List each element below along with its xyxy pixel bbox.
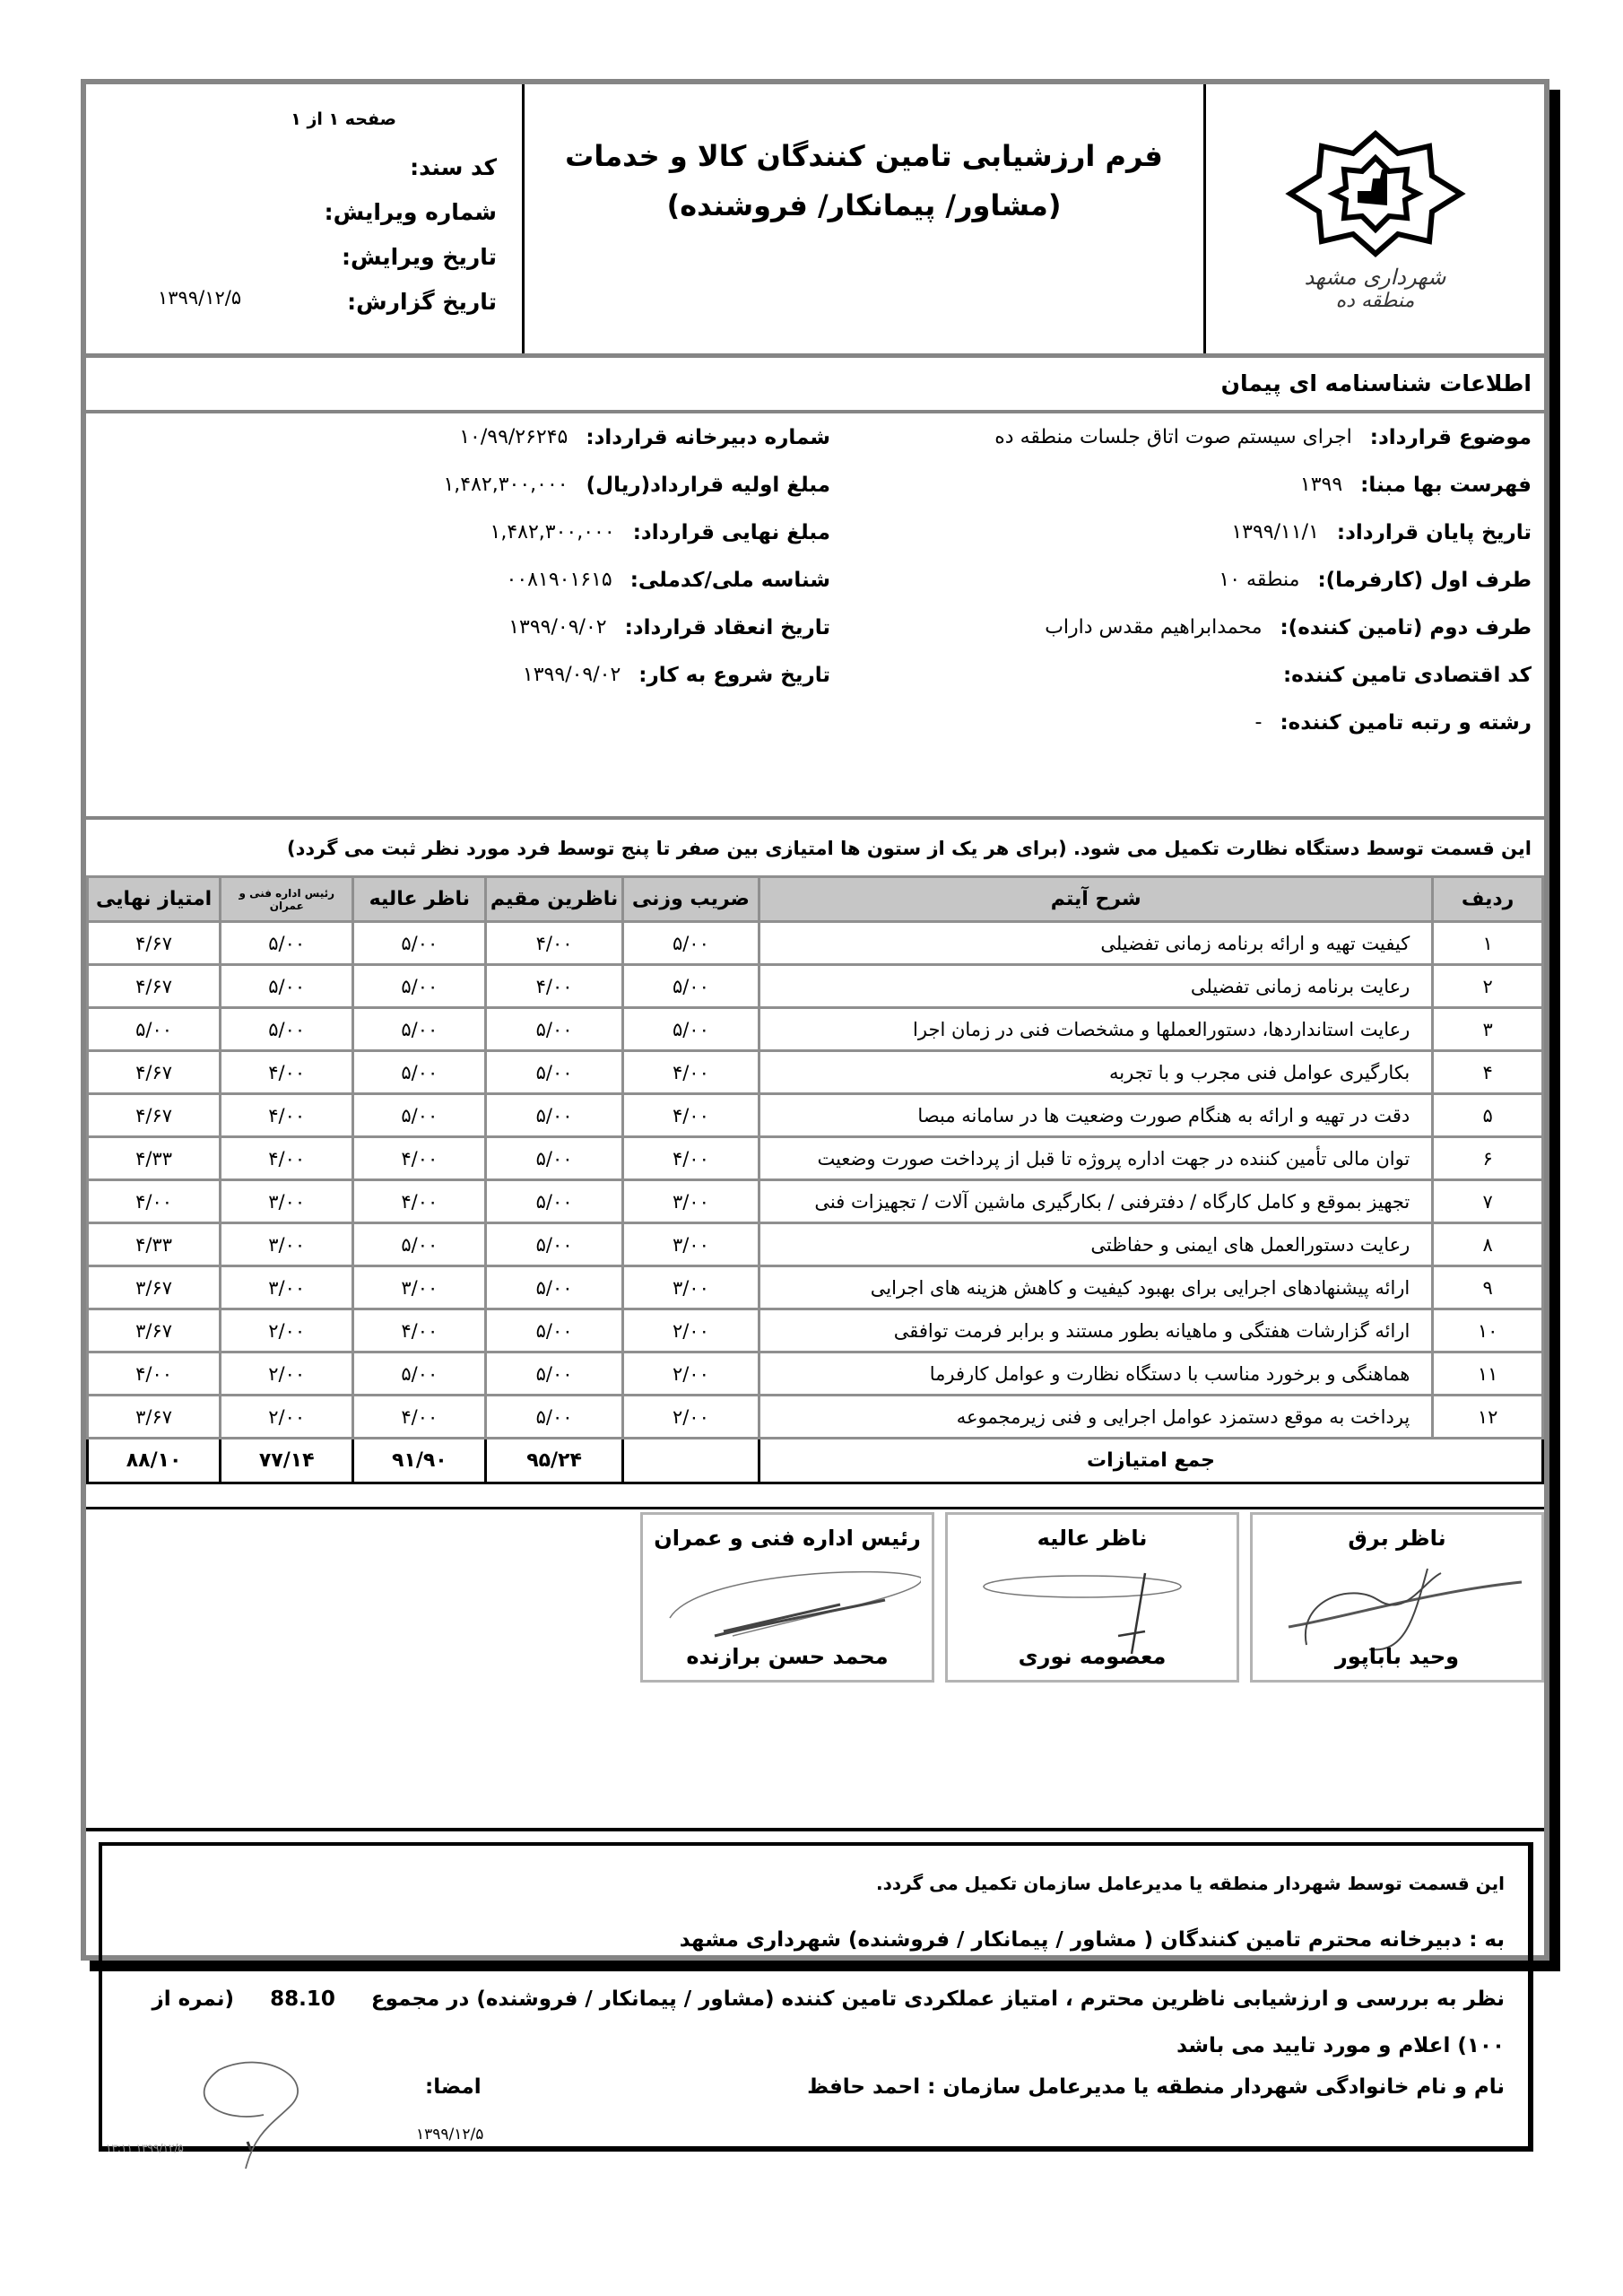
table-header-row: ردیف شرح آیتم ضریب وزنی ناظرین مقیم ناظر… (88, 877, 1543, 922)
timestamp: ۱۳۹۹/۱۲/۵ ۱۳:۱۱ (106, 2142, 184, 2154)
contract-info: موضوع قرارداد:اجرای سیستم صوت اتاق جلسات… (86, 413, 1544, 820)
total-label: جمع امتیازات (759, 1439, 1543, 1483)
senior-supervisor-score: ۵/۰۰ (353, 1223, 486, 1266)
table-row: ۴ بکارگیری عوامل فنی مجرب و با تجربه ۴/۰… (88, 1051, 1543, 1094)
technical-head-score: ۴/۰۰ (221, 1051, 353, 1094)
final-score: ۴/۶۷ (88, 922, 221, 965)
signer-name: محمد حسن برازنده (643, 1644, 932, 1669)
resident-supervisor-score: ۵/۰۰ (486, 1396, 622, 1439)
row-number: ۵ (1433, 1094, 1543, 1137)
item-description: ارائه پیشنهادهای اجرایی برای بهبود کیفیت… (759, 1266, 1433, 1309)
resident-supervisor-score: ۵/۰۰ (486, 1008, 622, 1051)
signature-date: ۱۳۹۹/۱۲/۵ (416, 2126, 483, 2144)
manager-approval-box: این قسمت توسط شهردار منطقه یا مدیرعامل س… (99, 1842, 1533, 2152)
technical-head-score: ۳/۰۰ (221, 1180, 353, 1223)
weight-cell: ۵/۰۰ (622, 1008, 759, 1051)
doc-code-label: کد سند: (410, 154, 497, 180)
total-weight (622, 1439, 759, 1483)
technical-head-score: ۴/۰۰ (221, 1137, 353, 1180)
item-description: بکارگیری عوامل فنی مجرب و با تجربه (759, 1051, 1433, 1094)
technical-head-score: ۴/۰۰ (221, 1094, 353, 1137)
table-row: ۱۲ پرداخت به موقع دستمزد عوامل اجرایی و … (88, 1396, 1543, 1439)
technical-head-score: ۲/۰۰ (221, 1352, 353, 1396)
contract-signing-date: تاریخ انعقاد قرارداد:۱۳۹۹/۰۹/۰۲ (194, 604, 830, 651)
item-description: دقت در تهیه و ارائه به هنگام صورت وضعیت … (759, 1094, 1433, 1137)
total-final: ۸۸/۱۰ (88, 1439, 221, 1483)
resident-supervisor-score: ۵/۰۰ (486, 1051, 622, 1094)
final-score: ۴/۶۷ (88, 965, 221, 1008)
field-label: مبلغ اولیه قرارداد(ریال) (586, 474, 830, 497)
resident-supervisor-score: ۵/۰۰ (486, 1266, 622, 1309)
signature-box-technical-head: رئیس اداره فنی و عمران محمد حسن برازنده (640, 1512, 934, 1683)
table-row: ۲ رعایت برنامه زمانی تفضیلی ۵/۰۰ ۴/۰۰ ۵/… (88, 965, 1543, 1008)
col-header-technical-head: رئیس اداره فنی و عمران (221, 877, 353, 922)
field-value: ۱,۴۸۲,۳۰۰,۰۰۰ (443, 474, 568, 496)
form-title-block: فرم ارزشیابی تامین کنندگان کالا و خدمات … (522, 84, 1203, 353)
signer-name: وحید باباپور (1253, 1644, 1541, 1669)
senior-supervisor-score: ۴/۰۰ (353, 1137, 486, 1180)
senior-supervisor-score: ۵/۰۰ (353, 922, 486, 965)
weight-cell: ۴/۰۰ (622, 1137, 759, 1180)
table-row: ۶ توان مالی تأمین کننده در جهت اداره پرو… (88, 1137, 1543, 1180)
final-score: ۴/۶۷ (88, 1094, 221, 1137)
technical-head-score: ۲/۰۰ (221, 1396, 353, 1439)
final-score: ۴/۶۷ (88, 1051, 221, 1094)
field-value: ۱۳۹۹/۰۹/۰۲ (508, 616, 606, 639)
signer-role: ناظر عالیه (948, 1526, 1237, 1551)
contract-subject: موضوع قرارداد:اجرای سیستم صوت اتاق جلسات… (787, 413, 1532, 461)
item-description: رعایت برنامه زمانی تفضیلی (759, 965, 1433, 1008)
senior-supervisor-score: ۴/۰۰ (353, 1309, 486, 1352)
field-value: منطقه ۱۰ (1219, 569, 1299, 591)
senior-supervisor-score: ۵/۰۰ (353, 1051, 486, 1094)
field-value: محمدابراهیم مقدس داراب (1045, 616, 1262, 639)
senior-supervisor-score: ۴/۰۰ (353, 1396, 486, 1439)
senior-supervisor-score: ۵/۰۰ (353, 1008, 486, 1051)
item-description: تجهیز بموقع و کامل کارگاه / دفترفنی / بک… (759, 1180, 1433, 1223)
mashhad-municipality-emblem-icon (1272, 126, 1479, 261)
field-value: ۱۳۹۹/۰۹/۰۲ (523, 664, 621, 686)
weight-cell: ۲/۰۰ (622, 1352, 759, 1396)
technical-head-score: ۵/۰۰ (221, 922, 353, 965)
field-label: تاریخ شروع به کار: (638, 664, 830, 687)
field-label: طرف دوم (تامین کننده): (1280, 616, 1532, 639)
row-number: ۴ (1433, 1051, 1543, 1094)
final-score: ۵/۰۰ (88, 1008, 221, 1051)
resident-supervisor-score: ۵/۰۰ (486, 1352, 622, 1396)
field-value: ۱۰/۹۹/۲۶۲۴۵ (459, 426, 568, 448)
row-number: ۱ (1433, 922, 1543, 965)
signature-divider (86, 1507, 1544, 1509)
weight-cell: ۳/۰۰ (622, 1180, 759, 1223)
item-description: کیفیت تهیه و ارائه برنامه زمانی تفضیلی (759, 922, 1433, 965)
weight-cell: ۲/۰۰ (622, 1396, 759, 1439)
approval-prefix: نظر به بررسی و ارزشیابی ناظرین محترم ، ا… (371, 1987, 1505, 2011)
signature-scribble-icon (966, 1564, 1226, 1654)
bottom-divider (86, 1828, 1544, 1831)
base-price-list: فهرست بها مبنا:۱۳۹۹ (787, 461, 1532, 509)
contract-info-title: اطلاعات شناسنامه ای پیمان (1221, 370, 1532, 396)
resident-supervisor-score: ۴/۰۰ (486, 922, 622, 965)
field-value: - (1254, 711, 1262, 734)
final-score: ۴/۳۳ (88, 1137, 221, 1180)
technical-head-score: ۲/۰۰ (221, 1309, 353, 1352)
row-number: ۱۱ (1433, 1352, 1543, 1396)
logo-text: شهرداری مشهد (1305, 265, 1446, 290)
table-row: ۱۰ ارائه گزارشات هفتگی و ماهیانه بطور مس… (88, 1309, 1543, 1352)
table-row: ۸ رعایت دستورالعمل های ایمنی و حفاظتی ۳/… (88, 1223, 1543, 1266)
final-score: ۳/۶۷ (88, 1266, 221, 1309)
addressee: به : دبیرخانه محترم تامین کنندگان ( مشاو… (680, 1928, 1505, 1952)
senior-supervisor-score: ۴/۰۰ (353, 1180, 486, 1223)
col-header-description: شرح آیتم (759, 877, 1433, 922)
table-row: ۱ کیفیت تهیه و ارائه برنامه زمانی تفضیلی… (88, 922, 1543, 965)
report-date-value: ۱۳۹۹/۱۲/۵ (158, 287, 241, 309)
item-description: رعایت دستورالعمل های ایمنی و حفاظتی (759, 1223, 1433, 1266)
senior-supervisor-score: ۵/۰۰ (353, 1094, 486, 1137)
technical-head-score: ۵/۰۰ (221, 965, 353, 1008)
final-contract-amount: مبلغ نهایی قرارداد:۱,۴۸۲,۳۰۰,۰۰۰ (194, 509, 830, 556)
final-score: ۳/۶۷ (88, 1396, 221, 1439)
signature-scribble-icon (661, 1564, 921, 1654)
signature-box-senior-supervisor: ناظر عالیه معصومه نوری (945, 1512, 1239, 1683)
supplier-field-rank: رشته و رتبه تامین کننده:- (787, 699, 1532, 746)
col-header-senior-supervisor: ناظر عالیه (353, 877, 486, 922)
resident-supervisor-score: ۵/۰۰ (486, 1094, 622, 1137)
resident-supervisor-score: ۵/۰۰ (486, 1309, 622, 1352)
senior-supervisor-score: ۵/۰۰ (353, 1352, 486, 1396)
weight-cell: ۴/۰۰ (622, 1094, 759, 1137)
document-meta: صفحه ۱ از ۱ کد سند: شماره ویرایش: تاریخ … (86, 84, 522, 353)
contract-info-left-column: شماره دبیرخانه قرارداد:۱۰/۹۹/۲۶۲۴۵ مبلغ … (194, 413, 830, 699)
field-label: رشته و رتبه تامین کننده: (1280, 711, 1532, 735)
signer-name: معصومه نوری (948, 1644, 1237, 1669)
total-resident: ۹۵/۲۴ (486, 1439, 622, 1483)
resident-supervisor-score: ۵/۰۰ (486, 1223, 622, 1266)
item-description: پرداخت به موقع دستمزد عوامل اجرایی و فنی… (759, 1396, 1433, 1439)
resident-supervisor-score: ۴/۰۰ (486, 965, 622, 1008)
col-header-resident-supervisors: ناظرین مقیم (486, 877, 622, 922)
revision-number-label: شماره ویرایش: (325, 199, 497, 225)
field-label: فهرست بها مبنا: (1360, 474, 1532, 497)
technical-head-score: ۳/۰۰ (221, 1223, 353, 1266)
field-value: ۱۳۹۹ (1300, 474, 1342, 496)
work-start-date: تاریخ شروع به کار:۱۳۹۹/۰۹/۰۲ (194, 651, 830, 699)
row-number: ۹ (1433, 1266, 1543, 1309)
senior-supervisor-score: ۳/۰۰ (353, 1266, 486, 1309)
evaluation-table: ردیف شرح آیتم ضریب وزنی ناظرین مقیم ناظر… (86, 875, 1544, 1484)
manager-name-line: نام و نام خانوادگی شهردار منطقه یا مدیرع… (807, 2075, 1505, 2099)
table-row: ۳ رعایت استانداردها، دستورالعملها و مشخص… (88, 1008, 1543, 1051)
resident-supervisor-score: ۵/۰۰ (486, 1137, 622, 1180)
weight-cell: ۵/۰۰ (622, 965, 759, 1008)
signature-label: امضا: (425, 2075, 482, 2099)
weight-cell: ۵/۰۰ (622, 922, 759, 965)
form-subtitle: (مشاور/ پیمانکار/ فروشنده) (525, 178, 1203, 232)
row-number: ۷ (1433, 1180, 1543, 1223)
final-score: ۴/۰۰ (88, 1352, 221, 1396)
table-row: ۵ دقت در تهیه و ارائه به هنگام صورت وضعی… (88, 1094, 1543, 1137)
evaluation-form-page: شهرداری مشهد منطقه ده فرم ارزشیابی تامین… (81, 79, 1549, 1961)
first-party-employer: طرف اول (کارفرما):منطقه ۱۰ (787, 556, 1532, 604)
table-row: ۹ ارائه پیشنهادهای اجرایی برای بهبود کیف… (88, 1266, 1543, 1309)
weight-cell: ۳/۰۰ (622, 1266, 759, 1309)
table-row: ۱۱ هماهنگی و برخورد مناسب با دستگاه نظار… (88, 1352, 1543, 1396)
weight-cell: ۴/۰۰ (622, 1051, 759, 1094)
field-label: شماره دبیرخانه قرارداد: (586, 426, 830, 449)
item-description: ارائه گزارشات هفتگی و ماهیانه بطور مستند… (759, 1309, 1433, 1352)
total-row: جمع امتیازات۹۵/۲۴۹۱/۹۰۷۷/۱۴۸۸/۱۰ (88, 1439, 1543, 1483)
field-value: ۱۳۹۹/۱۱/۱ (1231, 521, 1319, 544)
weight-cell: ۳/۰۰ (622, 1223, 759, 1266)
total-score: 88.10 (270, 1987, 335, 2011)
field-value: ۱,۴۸۲,۳۰۰,۰۰۰ (490, 521, 615, 544)
second-party-supplier: طرف دوم (تامین کننده):محمدابراهیم مقدس د… (787, 604, 1532, 651)
col-header-row-number: ردیف (1433, 877, 1543, 922)
final-score: ۴/۰۰ (88, 1180, 221, 1223)
signer-role: رئیس اداره فنی و عمران (643, 1526, 932, 1551)
national-id: شناسه ملی/کدملی:۰۰۸۱۹۰۱۶۱۵ (194, 556, 830, 604)
col-header-weight: ضریب وزنی (622, 877, 759, 922)
contract-secretariat-number: شماره دبیرخانه قرارداد:۱۰/۹۹/۲۶۲۴۵ (194, 413, 830, 461)
field-value: ۰۰۸۱۹۰۱۶۱۵ (507, 569, 612, 591)
row-number: ۸ (1433, 1223, 1543, 1266)
signature-box-electrical-supervisor: ناظر برق وحید باباپور (1250, 1512, 1544, 1683)
row-number: ۱۲ (1433, 1396, 1543, 1439)
field-label: طرف اول (کارفرما): (1317, 569, 1532, 592)
form-title: فرم ارزشیابی تامین کنندگان کالا و خدمات (525, 134, 1203, 178)
page-number: صفحه ۱ از ۱ (291, 109, 396, 129)
row-number: ۶ (1433, 1137, 1543, 1180)
field-label: کد اقتصادی تامین کننده: (1283, 664, 1532, 687)
resident-supervisor-score: ۵/۰۰ (486, 1180, 622, 1223)
logo-subtext: منطقه ده (1336, 290, 1415, 312)
initial-contract-amount: مبلغ اولیه قرارداد(ریال)۱,۴۸۲,۳۰۰,۰۰۰ (194, 461, 830, 509)
senior-supervisor-score: ۵/۰۰ (353, 965, 486, 1008)
field-value: اجرای سیستم صوت اتاق جلسات منطقه ده (994, 426, 1352, 448)
field-label: تاریخ پایان قرارداد: (1337, 521, 1532, 544)
final-score: ۳/۶۷ (88, 1309, 221, 1352)
manager-signature-icon (165, 2052, 344, 2169)
report-date-label: تاریخ گزارش: (347, 289, 497, 315)
field-label: شناسه ملی/کدملی: (630, 569, 830, 592)
contract-end-date: تاریخ پایان قرارداد:۱۳۹۹/۱۱/۱ (787, 509, 1532, 556)
row-number: ۱۰ (1433, 1309, 1543, 1352)
contract-info-section-header: اطلاعات شناسنامه ای پیمان (86, 358, 1544, 413)
col-header-final-score: امتیاز نهایی (88, 877, 221, 922)
item-description: هماهنگی و برخورد مناسب با دستگاه نظارت و… (759, 1352, 1433, 1396)
municipality-logo: شهرداری مشهد منطقه ده (1203, 84, 1544, 353)
revision-date-label: تاریخ ویرایش: (342, 244, 497, 270)
item-description: توان مالی تأمین کننده در جهت اداره پروژه… (759, 1137, 1433, 1180)
weight-cell: ۲/۰۰ (622, 1309, 759, 1352)
total-senior: ۹۱/۹۰ (353, 1439, 486, 1483)
technical-head-score: ۳/۰۰ (221, 1266, 353, 1309)
supplier-economic-code: کد اقتصادی تامین کننده: (787, 651, 1532, 699)
final-score: ۴/۳۳ (88, 1223, 221, 1266)
field-label: تاریخ انعقاد قرارداد: (625, 616, 830, 639)
supervision-note: این قسمت توسط دستگاه نظارت تکمیل می شود.… (287, 838, 1532, 859)
signer-role: ناظر برق (1253, 1526, 1541, 1551)
total-head: ۷۷/۱۴ (221, 1439, 353, 1483)
field-label: موضوع قرارداد: (1370, 426, 1532, 449)
technical-head-score: ۵/۰۰ (221, 1008, 353, 1051)
form-header: شهرداری مشهد منطقه ده فرم ارزشیابی تامین… (86, 84, 1544, 358)
row-number: ۲ (1433, 965, 1543, 1008)
manager-section-note: این قسمت توسط شهردار منطقه یا مدیرعامل س… (876, 1873, 1505, 1894)
item-description: رعایت استانداردها، دستورالعملها و مشخصات… (759, 1008, 1433, 1051)
signature-scribble-icon (1271, 1564, 1531, 1654)
table-row: ۷ تجهیز بموقع و کامل کارگاه / دفترفنی / … (88, 1180, 1543, 1223)
field-label: مبلغ نهایی قرارداد: (633, 521, 830, 544)
row-number: ۳ (1433, 1008, 1543, 1051)
contract-info-right-column: موضوع قرارداد:اجرای سیستم صوت اتاق جلسات… (787, 413, 1532, 746)
